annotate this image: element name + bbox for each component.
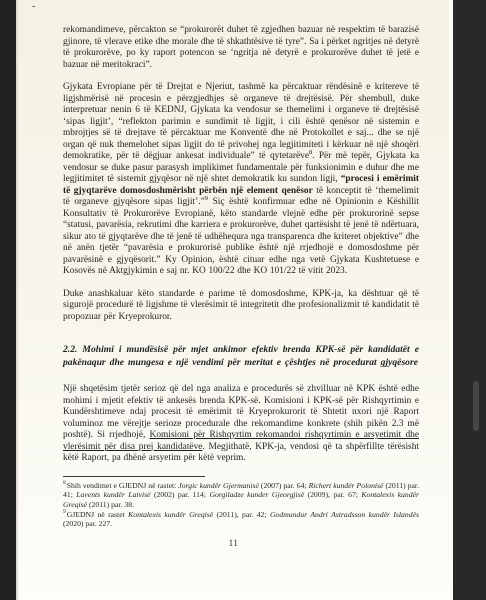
- body-paragraph-1: rekomandimeve, përcakton se “prokurorët …: [63, 25, 419, 71]
- footnotes-section: 8Shih vendimet e GJEDNJ në rastet: Jorgi…: [63, 476, 419, 530]
- footnote-9-text: (2011), par. 42;: [213, 510, 270, 519]
- footnote-separator: [63, 476, 205, 477]
- footnote-8-text: (2009), par. 67;: [304, 490, 361, 499]
- p2-run-0: Gjykata Evropiane për të Drejtat e Njeri…: [63, 82, 419, 161]
- document-viewer: - rekomandimeve, përcakton se “prokurorë…: [0, 0, 486, 600]
- footnote-8-text: (2007) par. 64;: [259, 481, 309, 490]
- footnote-8-case-name: Richert kundër Polonisë: [309, 481, 384, 490]
- footnote-8-case-name: Gorgiladze kunder Gjeorgjisë: [209, 490, 304, 499]
- footnote-8-case-name: Lavents kundër Latvisë: [76, 490, 150, 499]
- p2-run-3: Siç është konfirmuar edhe në Opinionin e…: [63, 197, 419, 276]
- document-page: - rekomandimeve, përcakton se “prokurorë…: [16, 0, 453, 600]
- footnote-8-text: (2011) par. 38.: [87, 500, 134, 509]
- body-paragraph-4: Një shqetësim tjetër serioz që del nga a…: [63, 384, 419, 465]
- footnote-8-marker: 8: [63, 480, 66, 486]
- section-heading-2-2: 2.2. Mohimi i mundësisë për mjet ankimor…: [63, 344, 419, 369]
- footnote-9-case-name: Kontalexis kundër Greqisë: [128, 510, 213, 519]
- scan-artifact-dash: -: [32, 0, 36, 12]
- footnote-9-text: (2020) par. 227.: [63, 519, 112, 528]
- footnote-9: 9GJEDNJ në rastet Kontalexis kundër Greq…: [63, 510, 419, 529]
- footnote-8-text: (2002) par. 114;: [151, 490, 210, 499]
- body-paragraph-2: Gjykata Evropiane për të Drejtat e Njeri…: [63, 82, 419, 278]
- footnote-9-marker: 9: [63, 509, 66, 515]
- footnote-8-text: Shih vendimet e GJEDNJ në rastet:: [67, 481, 179, 490]
- footnote-9-case-name: Godmundur Andri Astradsson kundër Island…: [270, 510, 419, 519]
- footnote-9-text: GJEDNJ në rastet: [67, 510, 128, 519]
- scrollbar-thumb[interactable]: [473, 381, 479, 431]
- body-paragraph-3: Duke anashkaluar këto standarde e parime…: [63, 289, 419, 324]
- footnote-8: 8Shih vendimet e GJEDNJ në rastet: Jorgi…: [63, 481, 419, 510]
- page-number: 11: [18, 538, 449, 548]
- footnote-8-case-name: Jorgic kundër Gjermanisë: [178, 481, 259, 490]
- page-body-text: rekomandimeve, përcakton se “prokurorët …: [18, 0, 449, 465]
